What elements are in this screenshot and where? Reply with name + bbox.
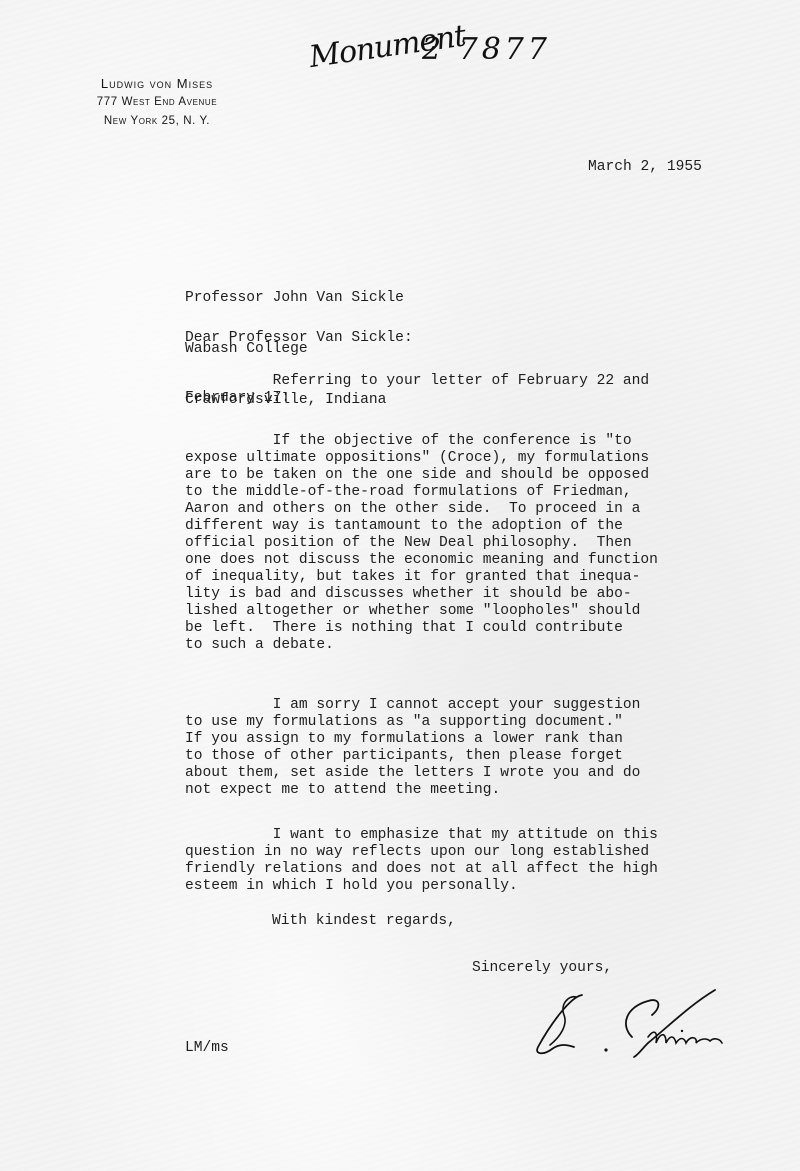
paragraph-line: I am sorry I cannot accept your suggesti…	[185, 697, 640, 714]
paragraph-line: February 17:	[185, 390, 649, 407]
paragraph-line: different way is tantamount to the adopt…	[185, 518, 658, 535]
paragraph-line: of inequality, but takes it for granted …	[185, 569, 658, 586]
paragraph-line: esteem in which I hold you personally.	[185, 878, 658, 895]
typist-initials: LM/ms	[185, 1040, 229, 1057]
paragraph-line: not expect me to attend the meeting.	[185, 782, 640, 799]
letterhead: Ludwig von Mises 777 West End Avenue New…	[62, 74, 252, 131]
signature-icon: L. Mises	[530, 985, 740, 1060]
paragraph: I want to emphasize that my attitude on …	[185, 827, 658, 895]
paragraph-line: If you assign to my formulations a lower…	[185, 731, 640, 748]
signoff-line: Sincerely yours,	[472, 960, 612, 977]
letterhead-street: 777 West End Avenue	[62, 93, 252, 112]
paragraph-line: lished altogether or whether some "looph…	[185, 603, 658, 620]
letter-date: March 2, 1955	[588, 159, 702, 176]
paragraph-line: to such a debate.	[185, 637, 658, 654]
paragraph-line: one does not discuss the economic meanin…	[185, 552, 658, 569]
paragraph-line: Aaron and others on the other side. To p…	[185, 501, 658, 518]
paragraph-line: lity is bad and discusses whether it sho…	[185, 586, 658, 603]
letterhead-city: New York 25, N. Y.	[62, 112, 252, 131]
paragraph: Referring to your letter of February 22 …	[185, 373, 649, 407]
paragraph-line: expose ultimate oppositions" (Croce), my…	[185, 450, 658, 467]
signature: L. Mises	[530, 985, 740, 1060]
handwritten-number: 2 7877	[422, 32, 551, 67]
letterhead-name: Ludwig von Mises	[62, 74, 252, 93]
paragraph-line: Referring to your letter of February 22 …	[185, 373, 649, 390]
paragraph-line: I want to emphasize that my attitude on …	[185, 827, 658, 844]
paragraph-line: official position of the New Deal philos…	[185, 535, 658, 552]
paragraph-line: friendly relations and does not at all a…	[185, 861, 658, 878]
paragraph-line: be left. There is nothing that I could c…	[185, 620, 658, 637]
paragraph: I am sorry I cannot accept your suggesti…	[185, 697, 640, 799]
paragraph-line: to those of other participants, then ple…	[185, 748, 640, 765]
paragraph-line: to use my formulations as "a supporting …	[185, 714, 640, 731]
paragraph: If the objective of the conference is "t…	[185, 433, 658, 654]
paragraph-line: about them, set aside the letters I wrot…	[185, 765, 640, 782]
paragraph-line: to the middle-of-the-road formulations o…	[185, 484, 658, 501]
recipient-line: Professor John Van Sickle	[185, 290, 404, 307]
paragraph-line: question in no way reflects upon our lon…	[185, 844, 658, 861]
paragraph-line: If the objective of the conference is "t…	[185, 433, 658, 450]
closing-line: With kindest regards,	[272, 913, 456, 930]
salutation: Dear Professor Van Sickle:	[185, 330, 413, 347]
handwritten-annotation: Monument 2 7877	[310, 18, 550, 78]
paragraph-line: are to be taken on the one side and shou…	[185, 467, 658, 484]
